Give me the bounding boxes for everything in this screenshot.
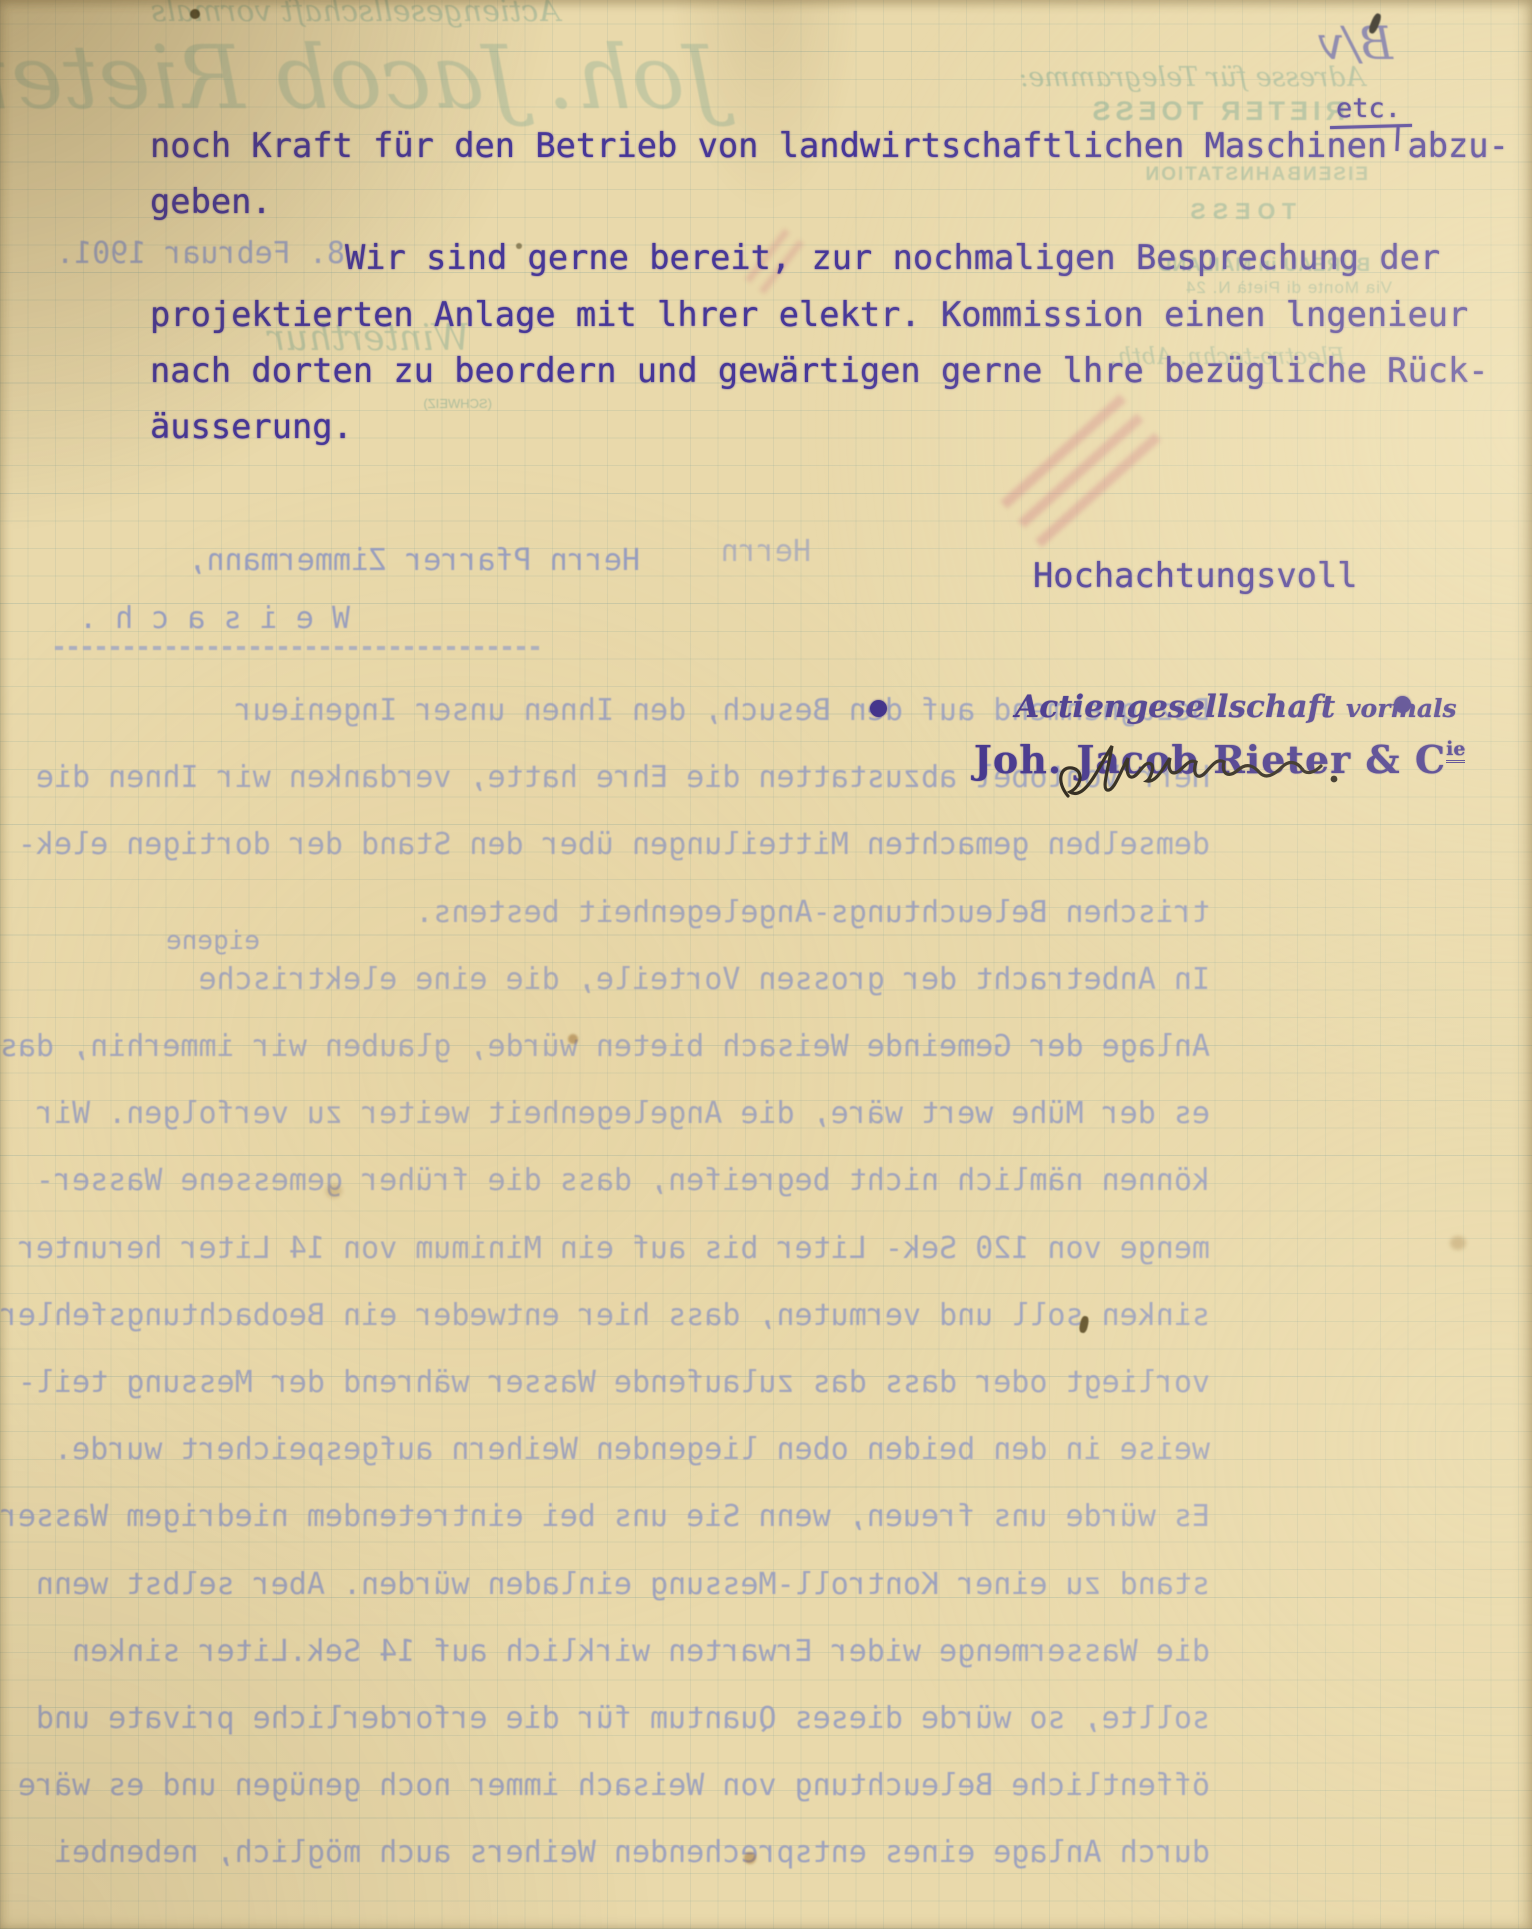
typed-insertion-etc: etc. [1336,93,1401,124]
paper-stain [568,1034,578,1044]
bleedthrough-line: trischen Beleuchtungs-Angelegenheit best… [415,895,1210,930]
stamp-cie-superscript: ie [1446,738,1465,763]
paper-stain [326,1184,342,1198]
bleedthrough-line: sinken soll und vermuten, dass hier entw… [0,1298,1210,1333]
bleedthrough-line: Anlage der Gemeinde Weisach bieten würde… [0,1029,1210,1064]
paper-stain [744,1852,756,1864]
handwritten-signature [1048,722,1348,817]
bleedthrough-address-underline [55,646,540,650]
bleedthrough-herrn-fragment: Herrn [721,534,811,569]
bleedthrough-date: 8. Februar 1901. [56,236,345,271]
file-mark-annotation: B/v [1318,16,1393,70]
bleed-letterhead-script-company: Joh. Jacob Rieter & Cie [0,26,720,129]
bleedthrough-line: stand zu einer Kontroll-Messung einladen… [36,1567,1210,1602]
typed-line: geben. [150,182,272,221]
typed-line: Wir sind gerne bereit, zur nochmaligen B… [345,238,1440,277]
bleedthrough-line: Es würde uns freuen, wenn Sie uns bei ei… [0,1499,1210,1534]
bleed-letterhead-telegram-line: Adresse für Telegramme: [1019,62,1365,93]
paper-speck [516,243,522,249]
bleedthrough-line: können nämlich nicht begreifen, dass die… [36,1163,1210,1198]
letter-page: Actiengesellschaft vormals Joh. Jacob Ri… [0,0,1532,1929]
bleed-letterhead-schweiz: (SCHWEIZ) [423,396,492,411]
closing-salutation: Hochachtungsvoll [1033,556,1358,595]
bleedthrough-line: durch Anlage eines entsprechenden Weiher… [54,1835,1210,1870]
bleedthrough-insertion: eigene [166,926,260,956]
stamp-bullet-right-icon [1394,696,1411,713]
bleedthrough-recipient-place: W e i s a c h . [79,601,350,636]
bleedthrough-line: In Anbetracht der grossen Vorteile, die … [199,962,1210,997]
bleedthrough-line: menge von 120 Sek- Liter bis auf ein Min… [18,1231,1210,1266]
typed-line: noch Kraft für den Betrieb von landwirts… [150,126,1509,165]
bleedthrough-line: sollte, so würde dieses Quantum für die … [36,1701,1210,1736]
bleedthrough-line: die Wassermenge wider Erwarten wirklich … [72,1634,1210,1669]
bleed-letterhead-caps-eisenbahnstation: EISENBAHNSTATION [1144,164,1368,186]
paper-speck [190,9,200,19]
bleed-letterhead-caps-rieter-toess: RIETER TOESS [1087,96,1345,127]
paper-stain [1450,1236,1466,1250]
bleedthrough-line: vorliegt oder dass das zulaufende Wasser… [18,1365,1210,1400]
bleedthrough-line: demselben gemachten Mitteilungen über de… [18,827,1210,862]
stamp-bullet-left-icon [870,700,887,717]
bleed-letterhead-script-top: Actiengesellschaft vormals [151,0,560,29]
bleedthrough-line: es der Mühe wert wäre, die Angelegenheit… [36,1096,1210,1131]
bleed-letterhead-caps-toess: TOESS [1183,198,1296,225]
typed-line: projektierten Anlage mit lhrer elektr. K… [150,295,1468,334]
typed-line: nach dorten zu beordern und gewärtigen g… [150,351,1489,390]
bleedthrough-line: öffentliche Beleuchtung von Weisach imme… [18,1768,1210,1803]
bleedthrough-line: weise in den beiden oben liegenden Weihe… [54,1432,1210,1467]
bleedthrough-recipient-name: Herrn Pfarrer Zimmermann, [188,543,640,578]
typed-line: äusserung. [150,407,353,446]
